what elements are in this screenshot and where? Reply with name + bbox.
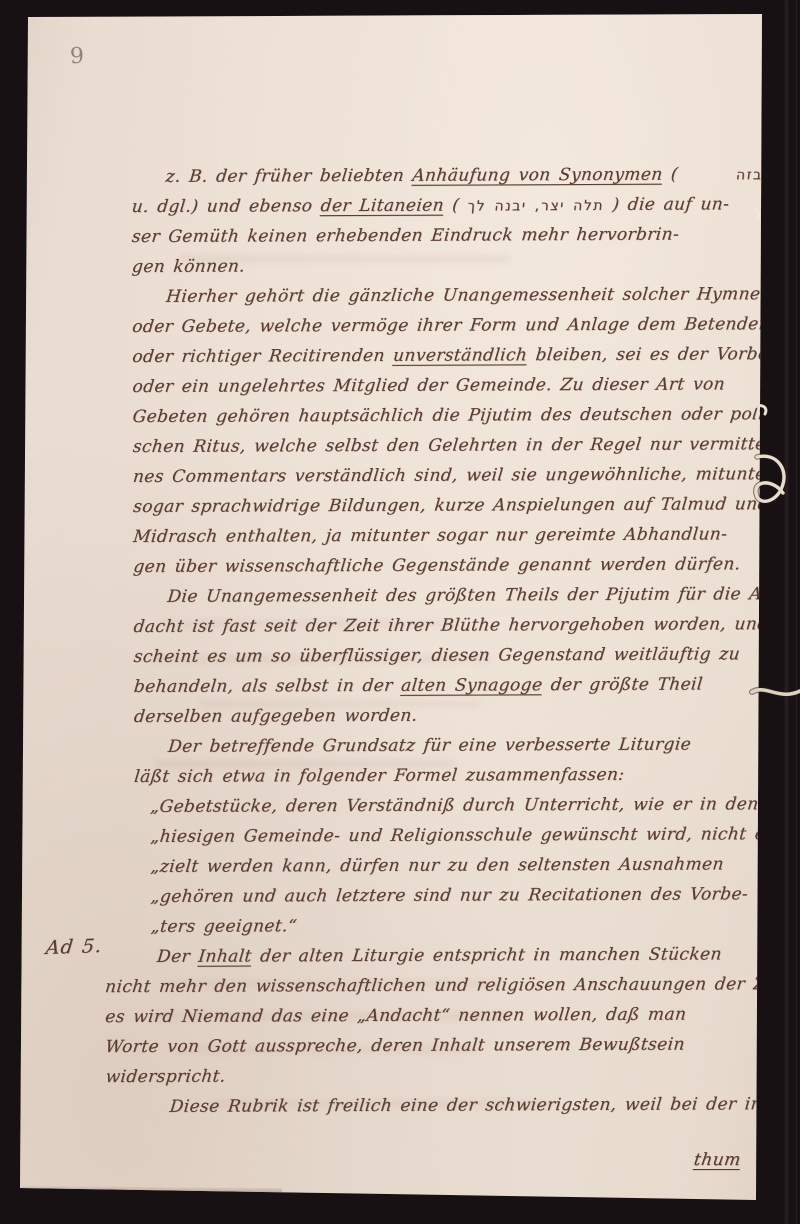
- handwritten-text: scheint es um so überflüssiger, diesen G…: [133, 644, 741, 667]
- handwritten-text: Der: [156, 947, 199, 967]
- margin-note-ad5: Ad 5.: [45, 935, 104, 959]
- manuscript-line: oder ein ungelehrtes Mitglied der Gemein…: [131, 369, 774, 402]
- handwritten-text: Gebeten gehören hauptsächlich die Pijuti…: [132, 404, 783, 427]
- manuscript-line: „ters geeignet.“: [133, 909, 776, 942]
- manuscript-line: „gehören und auch letztere sind nur zu R…: [133, 879, 776, 912]
- handwritten-text: „gehören und auch letztere sind nur zu R…: [150, 884, 749, 907]
- handwritten-text: es wird Niemand das eine „Andacht“ nenne…: [104, 1005, 687, 1028]
- handwritten-text: Der betreffende Grundsatz für eine verbe…: [167, 735, 692, 757]
- handwritten-text: ) die auf un-: [603, 194, 730, 215]
- handwritten-text: Worte von Gott ausspreche, deren Inhalt …: [104, 1035, 685, 1058]
- manuscript-line: nicht mehr den wissenschaftlichen und re…: [104, 969, 777, 1002]
- page-number: 9: [70, 44, 85, 69]
- handwritten-text: sogar sprachwidrige Bildungen, kurze Ans…: [132, 494, 770, 517]
- under-sheet-edge-bottom: [22, 1186, 282, 1193]
- manuscript-line: widerspricht.: [104, 1059, 777, 1092]
- manuscript-line: nes Commentars verständlich sind, weil s…: [131, 459, 774, 492]
- handwritten-text: widerspricht.: [105, 1067, 227, 1088]
- handwritten-text: Midrasch enthalten, ja mitunter sogar nu…: [132, 524, 728, 547]
- underlined-phrase: Anhäufung von Synonymen: [411, 165, 663, 186]
- handwritten-text: der größte Theil: [541, 675, 703, 696]
- handwritten-text: „ters geeignet.“: [150, 916, 298, 937]
- manuscript-line: „hiesigen Gemeinde- und Religionsschule …: [133, 819, 776, 852]
- paper-sheet: 9 z. B. der früher beliebten Anhäufung v…: [0, 0, 800, 1224]
- binding-thread-strand: [752, 690, 800, 694]
- manuscript-line: läßt sich etwa in folgender Formel zusam…: [133, 759, 776, 792]
- thread-loop-shadow: [756, 456, 784, 501]
- handwritten-text: behandeln, als selbst in der: [133, 676, 402, 697]
- manuscript-line: Hierher gehört die gänzliche Unangemesse…: [131, 279, 774, 312]
- thread-strand-shadow: [752, 690, 800, 694]
- underlined-phrase: alten Synagoge: [400, 675, 543, 696]
- handwritten-text: derselben aufgegeben worden.: [133, 706, 419, 727]
- handwritten-text: z. B. der früher beliebten: [165, 166, 414, 187]
- handwritten-text: oder Gebete, welche vermöge ihrer Form u…: [131, 314, 771, 337]
- manuscript-line: u. dgl.) und ebenso der Litaneien ( תלה …: [130, 189, 773, 222]
- manuscript-line: Diese Rubrik ist freilich eine der schwi…: [134, 1089, 777, 1122]
- handwritten-text: schen Ritus, welche selbst den Gelehrten…: [132, 434, 800, 457]
- binding-spine-edge: [796, 0, 797, 1224]
- underlined-phrase: der Litaneien: [320, 196, 445, 217]
- handwritten-text: Hierher gehört die gänzliche Unangemesse…: [165, 284, 773, 307]
- manuscript-line: scheint es um so überflüssiger, diesen G…: [132, 639, 775, 672]
- manuscript-line: „zielt werden kann, dürfen nur zu den se…: [133, 849, 776, 882]
- manuscript-line: dacht ist fast seit der Zeit ihrer Blüth…: [132, 609, 775, 642]
- scanned-manuscript-page: 9 z. B. der früher beliebten Anhäufung v…: [0, 0, 800, 1224]
- handwritten-text: gen über wissenschaftliche Gegenstände g…: [132, 554, 741, 577]
- manuscript-line: z. B. der früher beliebten Anhäufung von…: [130, 159, 773, 192]
- manuscript-line: Midrasch enthalten, ja mitunter sogar nu…: [132, 519, 775, 552]
- text-block: z. B. der früher beliebten Anhäufung von…: [130, 159, 774, 1122]
- handwritten-text: Diese Rubrik ist freilich eine der schwi…: [169, 1094, 800, 1117]
- handwritten-text: „zielt werden kann, dürfen nur zu den se…: [150, 854, 725, 877]
- underlined-phrase: unverständlich: [392, 345, 528, 366]
- handwritten-text: der alten Liturgie entspricht in manchen…: [251, 944, 723, 966]
- manuscript-line: ser Gemüth keinen erhebenden Eindruck me…: [130, 219, 773, 252]
- manuscript-line: „Gebetstücke, deren Verständniß durch Un…: [133, 789, 776, 822]
- handwritten-text: dacht ist fast seit der Zeit ihrer Blüth…: [133, 614, 770, 637]
- handwritten-text: (: [662, 164, 737, 184]
- manuscript-line: Gebeten gehören hauptsächlich die Pijuti…: [131, 399, 774, 432]
- manuscript-line: sogar sprachwidrige Bildungen, kurze Ans…: [132, 489, 775, 522]
- manuscript-line: es wird Niemand das eine „Andacht“ nenne…: [104, 999, 777, 1032]
- binding-spine-highlight: [785, 0, 788, 1224]
- manuscript-line: gen können.: [131, 249, 774, 282]
- manuscript-line: schen Ritus, welche selbst den Gelehrten…: [131, 429, 774, 462]
- handwritten-text: „hiesigen Gemeinde- und Religionsschule …: [150, 824, 781, 847]
- handwritten-text: (: [443, 196, 469, 216]
- manuscript-line: Der Inhalt der alten Liturgie entspricht…: [134, 939, 777, 972]
- manuscript-line: behandeln, als selbst in der alten Synag…: [132, 669, 775, 702]
- underlined-phrase: Inhalt: [197, 946, 252, 966]
- handwritten-text: oder ein ungelehrtes Mitglied der Gemein…: [132, 374, 726, 397]
- manuscript-line: gen über wissenschaftliche Gegenstände g…: [132, 549, 775, 582]
- hebrew-phrase: תלה יצר, יבנה לך: [467, 198, 605, 215]
- manuscript-line: derselben aufgegeben worden.: [132, 699, 775, 732]
- catchword: thum: [693, 1150, 743, 1170]
- manuscript-line: Der betreffende Grundsatz für eine verbe…: [133, 729, 776, 762]
- handwritten-text: gen können.: [131, 256, 246, 277]
- manuscript-line: Die Unangemessenheit des größten Theils …: [132, 579, 775, 612]
- hebrew-phrase: אנא בזה: [735, 167, 800, 183]
- handwritten-text: oder richtiger Recitirenden: [131, 346, 394, 367]
- handwritten-text: bleiben, sei es der Vorbeter: [526, 344, 795, 365]
- manuscript-line: oder Gebete, welche vermöge ihrer Form u…: [131, 309, 774, 342]
- handwritten-text: u. dgl.) und ebenso: [131, 196, 322, 217]
- handwritten-text: läßt sich etwa in folgender Formel zusam…: [133, 765, 625, 787]
- handwritten-text: nes Commentars verständlich sind, weil s…: [132, 464, 775, 487]
- manuscript-line: Worte von Gott ausspreche, deren Inhalt …: [104, 1029, 777, 1062]
- manuscript-line: oder richtiger Recitirenden unverständli…: [131, 339, 774, 372]
- under-sheet-edge-left: [15, 20, 26, 1188]
- handwritten-text: nicht mehr den wissenschaftlichen und re…: [104, 974, 800, 997]
- binding-thread-loop: [756, 456, 784, 501]
- handwritten-text: „Gebetstücke, deren Verständniß durch Un…: [149, 794, 759, 817]
- handwritten-text: ser Gemüth keinen erhebenden Eindruck me…: [131, 225, 680, 247]
- handwritten-text: Die Unangemessenheit des größten Theils …: [166, 584, 780, 607]
